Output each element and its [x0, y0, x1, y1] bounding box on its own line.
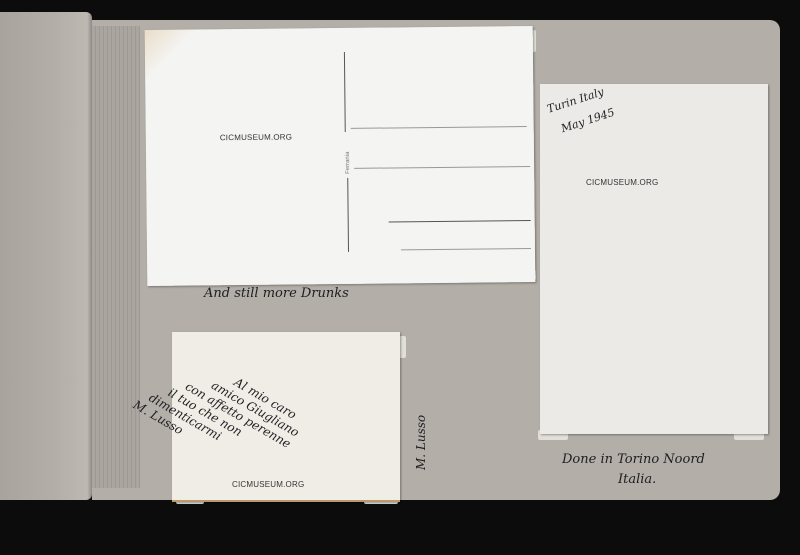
caption-top-left: And still more Drunks — [204, 286, 349, 301]
address-line — [401, 248, 531, 250]
brand-text: Ferrania — [345, 152, 351, 174]
postcard-back-turin: Turin Italy May 1945 CICMUSEUM.ORG — [540, 84, 768, 434]
album-spine — [92, 26, 140, 488]
photo-back-inscribed: Al mio caro amico Giugliano con affetto … — [172, 332, 400, 502]
address-line — [389, 220, 531, 222]
address-line — [354, 166, 530, 169]
watermark: CICMUSEUM.ORG — [220, 132, 292, 142]
caption-right-line1: Done in Torino Noord — [562, 452, 705, 467]
postcard-back-ferrania: CICMUSEUM.ORG Ferrania — [145, 26, 536, 286]
signature-side: M. Lusso — [414, 415, 428, 470]
handwriting-date: May 1945 — [559, 106, 616, 136]
address-line — [351, 126, 527, 129]
caption-right-line2: Italia. — [618, 472, 656, 487]
watermark: CICMUSEUM.ORG — [586, 178, 658, 187]
divider-line — [344, 52, 346, 132]
watermark: CICMUSEUM.ORG — [232, 480, 304, 489]
left-album-page — [0, 12, 92, 500]
divider-line — [347, 178, 349, 252]
